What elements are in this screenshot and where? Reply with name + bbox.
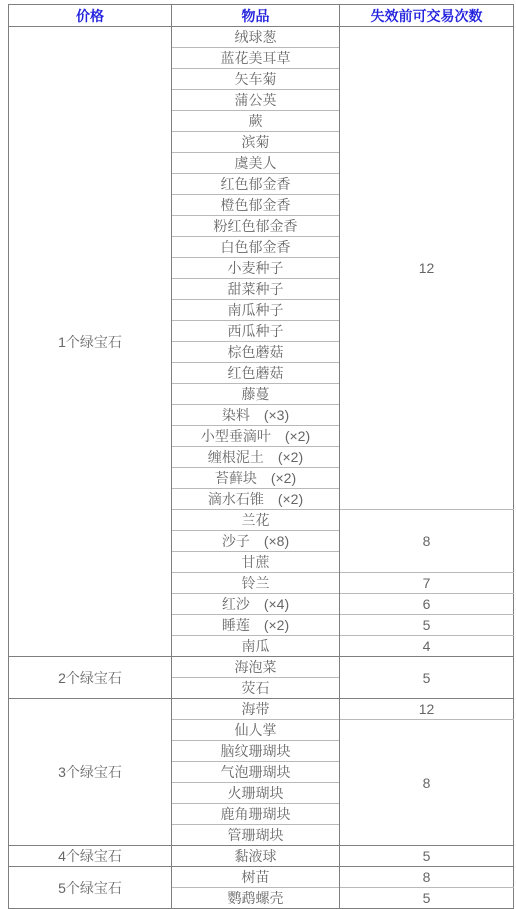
table-row: 3个绿宝石 海带 12 [9, 699, 514, 720]
item-cell: 红色郁金香 [172, 174, 340, 195]
item-cell: 小麦种子 [172, 258, 340, 279]
item-cell: 藤蔓 [172, 384, 340, 405]
item-cell: 兰花 [172, 510, 340, 531]
item-cell: 染料 (×3) [172, 405, 340, 426]
trade-count-cell: 6 [340, 594, 514, 615]
item-cell: 矢车菊 [172, 69, 340, 90]
item-cell: 小型垂滴叶 (×2) [172, 426, 340, 447]
item-cell: 蓝花美耳草 [172, 48, 340, 69]
item-cell: 黏液球 [172, 846, 340, 867]
item-cell: 缠根泥土 (×2) [172, 447, 340, 468]
trade-count-cell: 7 [340, 573, 514, 594]
item-cell: 白色郁金香 [172, 237, 340, 258]
item-cell: 甘蔗 [172, 552, 340, 573]
item-cell: 南瓜种子 [172, 300, 340, 321]
item-cell: 海泡菜 [172, 657, 340, 678]
trade-count-cell: 8 [340, 720, 514, 846]
item-cell: 滴水石锥 (×2) [172, 489, 340, 510]
price-cell: 3个绿宝石 [9, 699, 172, 846]
item-cell: 树苗 [172, 867, 340, 888]
trade-count-cell: 12 [340, 699, 514, 720]
table-row: 2个绿宝石 海泡菜 5 [9, 657, 514, 678]
item-cell: 睡莲 (×2) [172, 615, 340, 636]
item-cell: 蕨 [172, 111, 340, 132]
price-cell: 2个绿宝石 [9, 657, 172, 699]
item-cell: 红沙 (×4) [172, 594, 340, 615]
price-cell: 1个绿宝石 [9, 27, 172, 657]
item-cell: 虞美人 [172, 153, 340, 174]
item-cell: 铃兰 [172, 573, 340, 594]
item-cell: 苔藓块 (×2) [172, 468, 340, 489]
item-cell: 鹿角珊瑚块 [172, 804, 340, 825]
header-trades: 失效前可交易次数 [340, 5, 514, 27]
item-cell: 西瓜种子 [172, 321, 340, 342]
item-cell: 海带 [172, 699, 340, 720]
header-price: 价格 [9, 5, 172, 27]
header-item: 物品 [172, 5, 340, 27]
table-row: 1个绿宝石 绒球葱 12 [9, 27, 514, 48]
item-cell: 滨菊 [172, 132, 340, 153]
header-row: 价格 物品 失效前可交易次数 [9, 5, 514, 27]
trade-count-cell: 12 [340, 27, 514, 510]
table-row: 4个绿宝石 黏液球 5 [9, 846, 514, 867]
trade-count-cell: 5 [340, 888, 514, 909]
table-row: 5个绿宝石 树苗 8 [9, 867, 514, 888]
trade-table: 价格 物品 失效前可交易次数 1个绿宝石 绒球葱 12 蓝花美耳草 矢车菊 蒲公… [8, 4, 514, 909]
item-cell: 气泡珊瑚块 [172, 762, 340, 783]
item-cell: 仙人掌 [172, 720, 340, 741]
item-cell: 鹦鹉螺壳 [172, 888, 340, 909]
item-cell: 管珊瑚块 [172, 825, 340, 846]
price-cell: 5个绿宝石 [9, 867, 172, 909]
item-cell: 荧石 [172, 678, 340, 699]
trade-count-cell: 4 [340, 636, 514, 657]
trade-count-cell: 5 [340, 615, 514, 636]
trade-count-cell: 5 [340, 846, 514, 867]
item-cell: 橙色郁金香 [172, 195, 340, 216]
item-cell: 南瓜 [172, 636, 340, 657]
item-cell: 蒲公英 [172, 90, 340, 111]
item-cell: 红色蘑菇 [172, 363, 340, 384]
trade-count-cell: 8 [340, 867, 514, 888]
item-cell: 粉红色郁金香 [172, 216, 340, 237]
item-cell: 沙子 (×8) [172, 531, 340, 552]
trade-count-cell: 8 [340, 510, 514, 573]
item-cell: 脑纹珊瑚块 [172, 741, 340, 762]
item-cell: 绒球葱 [172, 27, 340, 48]
item-cell: 甜菜种子 [172, 279, 340, 300]
price-cell: 4个绿宝石 [9, 846, 172, 867]
item-cell: 棕色蘑菇 [172, 342, 340, 363]
item-cell: 火珊瑚块 [172, 783, 340, 804]
trade-count-cell: 5 [340, 657, 514, 699]
